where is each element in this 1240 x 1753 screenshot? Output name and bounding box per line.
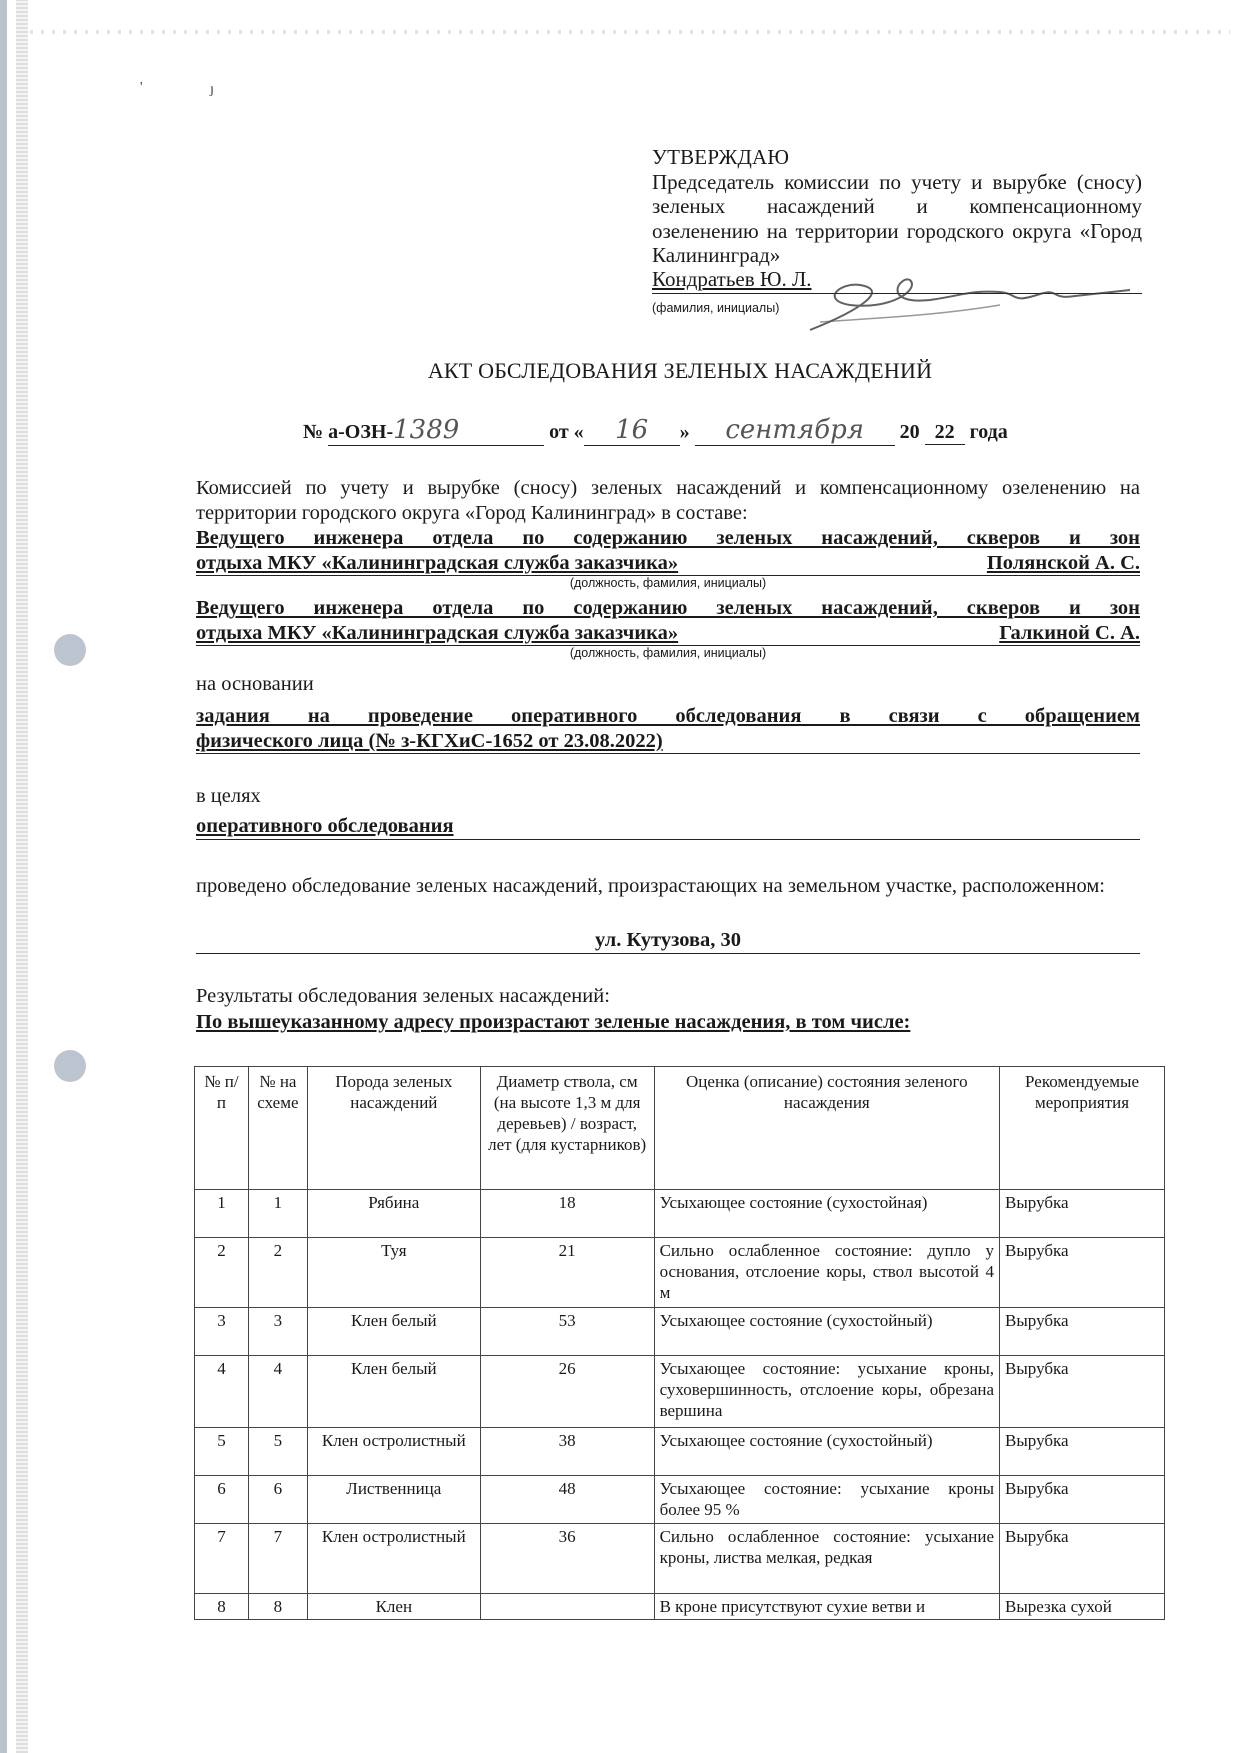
punch-hole-icon xyxy=(54,1050,86,1082)
results-subheading: По вышеуказанному адресу произрастают зе… xyxy=(196,1010,1140,1035)
table-row: 33Клен белый53Усыхающее состояние (сухос… xyxy=(195,1308,1165,1356)
col-header-scheme: № на схеме xyxy=(248,1067,307,1190)
cell-diameter: 48 xyxy=(480,1476,654,1524)
cell-species: Клен остролистный xyxy=(307,1524,480,1594)
signature-icon xyxy=(800,270,1140,340)
cell-condition: Усыхающее состояние: усыхание кроны, сух… xyxy=(654,1356,999,1428)
member-name: Полянской А. С. xyxy=(987,551,1140,576)
punch-hole-icon xyxy=(54,634,86,666)
cell-diameter xyxy=(480,1594,654,1620)
purpose-value: оперативного обследования xyxy=(196,814,1140,840)
date-month-field: сентября xyxy=(695,415,895,446)
cell-diameter: 26 xyxy=(480,1356,654,1428)
date-day-field: 16 xyxy=(584,415,680,446)
table-row: 22Туя21Сильно ослабленное состояние: дуп… xyxy=(195,1238,1165,1308)
scan-mark: ȷ xyxy=(210,82,214,98)
date-from-label: от « xyxy=(549,421,584,443)
cell-diameter: 18 xyxy=(480,1190,654,1238)
cell-species: Лиственница xyxy=(307,1476,480,1524)
cell-species: Рябина xyxy=(307,1190,480,1238)
cell-condition: В кроне присутствуют сухие ветви и xyxy=(654,1594,999,1620)
cell-action: Вырубка xyxy=(1000,1356,1165,1428)
cell-species: Клен xyxy=(307,1594,480,1620)
cell-condition: Сильно ослабленное состояние: усыхание к… xyxy=(654,1524,999,1594)
commission-intro: Комиссией по учету и вырубке (сносу) зел… xyxy=(196,476,1140,525)
cell-condition: Сильно ослабленное состояние: дупло у ос… xyxy=(654,1238,999,1308)
location-address: ул. Кутузова, 30 xyxy=(196,928,1140,954)
col-header-condition: Оценка (описание) состояния зеленого нас… xyxy=(654,1067,999,1190)
col-header-index: № п/п xyxy=(195,1067,249,1190)
document-number-handwritten: 1389 xyxy=(393,415,459,445)
table-row: 55Клен остролистный38Усыхающее состояние… xyxy=(195,1428,1165,1476)
cell-action: Вырубка xyxy=(1000,1476,1165,1524)
year-prefix: 20 xyxy=(900,421,920,443)
cell-scheme: 6 xyxy=(248,1476,307,1524)
cell-action: Вырубка xyxy=(1000,1524,1165,1594)
table-row: 88КленВ кроне присутствуют сухие ветви и… xyxy=(195,1594,1165,1620)
cell-index: 2 xyxy=(195,1238,249,1308)
cell-species: Клен белый xyxy=(307,1356,480,1428)
table-row: 66Лиственница48Усыхающее состояние: усых… xyxy=(195,1476,1165,1524)
approval-heading: УТВЕРЖДАЮ xyxy=(652,145,1142,170)
cell-diameter: 21 xyxy=(480,1238,654,1308)
cell-condition: Усыхающее состояние (сухостойный) xyxy=(654,1428,999,1476)
col-header-action: Рекомендуемые мероприятия xyxy=(1000,1067,1165,1190)
cell-condition: Усыхающее состояние (сухостойная) xyxy=(654,1190,999,1238)
year-field: 22 xyxy=(925,421,965,445)
document-title: АКТ ОБСЛЕДОВАНИЯ ЗЕЛЕНЫХ НАСАЖДЕНИЙ xyxy=(0,358,1240,384)
cell-scheme: 8 xyxy=(248,1594,307,1620)
cell-scheme: 4 xyxy=(248,1356,307,1428)
cell-index: 3 xyxy=(195,1308,249,1356)
commission-member-2: Ведущего инженера отдела по содержанию з… xyxy=(196,596,1140,660)
cell-action: Вырубка xyxy=(1000,1308,1165,1356)
member-name: Галкиной С. А. xyxy=(999,621,1140,646)
cell-scheme: 2 xyxy=(248,1238,307,1308)
table-row: 77Клен остролистный36Сильно ослабленное … xyxy=(195,1524,1165,1594)
cell-diameter: 36 xyxy=(480,1524,654,1594)
location-text: проведено обследование зеленых насаждени… xyxy=(196,874,1140,899)
approver-name: Кондратьев Ю. Л. xyxy=(652,267,811,292)
results-label: Результаты обследования зеленых насажден… xyxy=(196,984,1140,1009)
basis-label: на основании xyxy=(196,672,1140,697)
table-header-row: № п/п № на схеме Порода зеленых насажден… xyxy=(195,1067,1165,1190)
number-label: № xyxy=(303,421,323,443)
scan-edge xyxy=(0,0,7,1753)
scan-noise xyxy=(30,30,1230,34)
cell-index: 7 xyxy=(195,1524,249,1594)
scan-edge-texture xyxy=(16,0,28,1753)
cell-species: Клен белый xyxy=(307,1308,480,1356)
table-row: 11Рябина18Усыхающее состояние (сухостойн… xyxy=(195,1190,1165,1238)
survey-table: № п/п № на схеме Порода зеленых насажден… xyxy=(194,1066,1165,1620)
commission-member-1: Ведущего инженера отдела по содержанию з… xyxy=(196,526,1140,590)
cell-index: 4 xyxy=(195,1356,249,1428)
document-number-field: а-ОЗН-1389 xyxy=(328,415,544,446)
cell-action: Вырубка xyxy=(1000,1238,1165,1308)
cell-scheme: 5 xyxy=(248,1428,307,1476)
document-number-line: № а-ОЗН-1389 от «16» сентября 20 22 года xyxy=(303,415,1008,446)
cell-action: Вырубка xyxy=(1000,1190,1165,1238)
cell-action: Вырубка xyxy=(1000,1428,1165,1476)
cell-diameter: 53 xyxy=(480,1308,654,1356)
cell-scheme: 7 xyxy=(248,1524,307,1594)
approval-position: Председатель комиссии по учету и вырубке… xyxy=(652,170,1142,268)
scan-mark: ' xyxy=(140,80,143,96)
cell-scheme: 1 xyxy=(248,1190,307,1238)
cell-condition: Усыхающее состояние (сухостойный) xyxy=(654,1308,999,1356)
cell-diameter: 38 xyxy=(480,1428,654,1476)
cell-index: 8 xyxy=(195,1594,249,1620)
cell-species: Клен остролистный xyxy=(307,1428,480,1476)
cell-species: Туя xyxy=(307,1238,480,1308)
cell-index: 5 xyxy=(195,1428,249,1476)
cell-condition: Усыхающее состояние: усыхание кроны боле… xyxy=(654,1476,999,1524)
cell-scheme: 3 xyxy=(248,1308,307,1356)
purpose-label: в целях xyxy=(196,784,1140,809)
table-row: 44Клен белый26Усыхающее состояние: усыха… xyxy=(195,1356,1165,1428)
basis-value: задания на проведение оперативного обсле… xyxy=(196,704,1140,754)
col-header-diameter: Диаметр ствола, см (на высоте 1,3 м для … xyxy=(480,1067,654,1190)
cell-index: 1 xyxy=(195,1190,249,1238)
cell-index: 6 xyxy=(195,1476,249,1524)
cell-action: Вырезка сухой xyxy=(1000,1594,1165,1620)
year-label: года xyxy=(970,421,1008,443)
col-header-species: Порода зеленых насаждений xyxy=(307,1067,480,1190)
